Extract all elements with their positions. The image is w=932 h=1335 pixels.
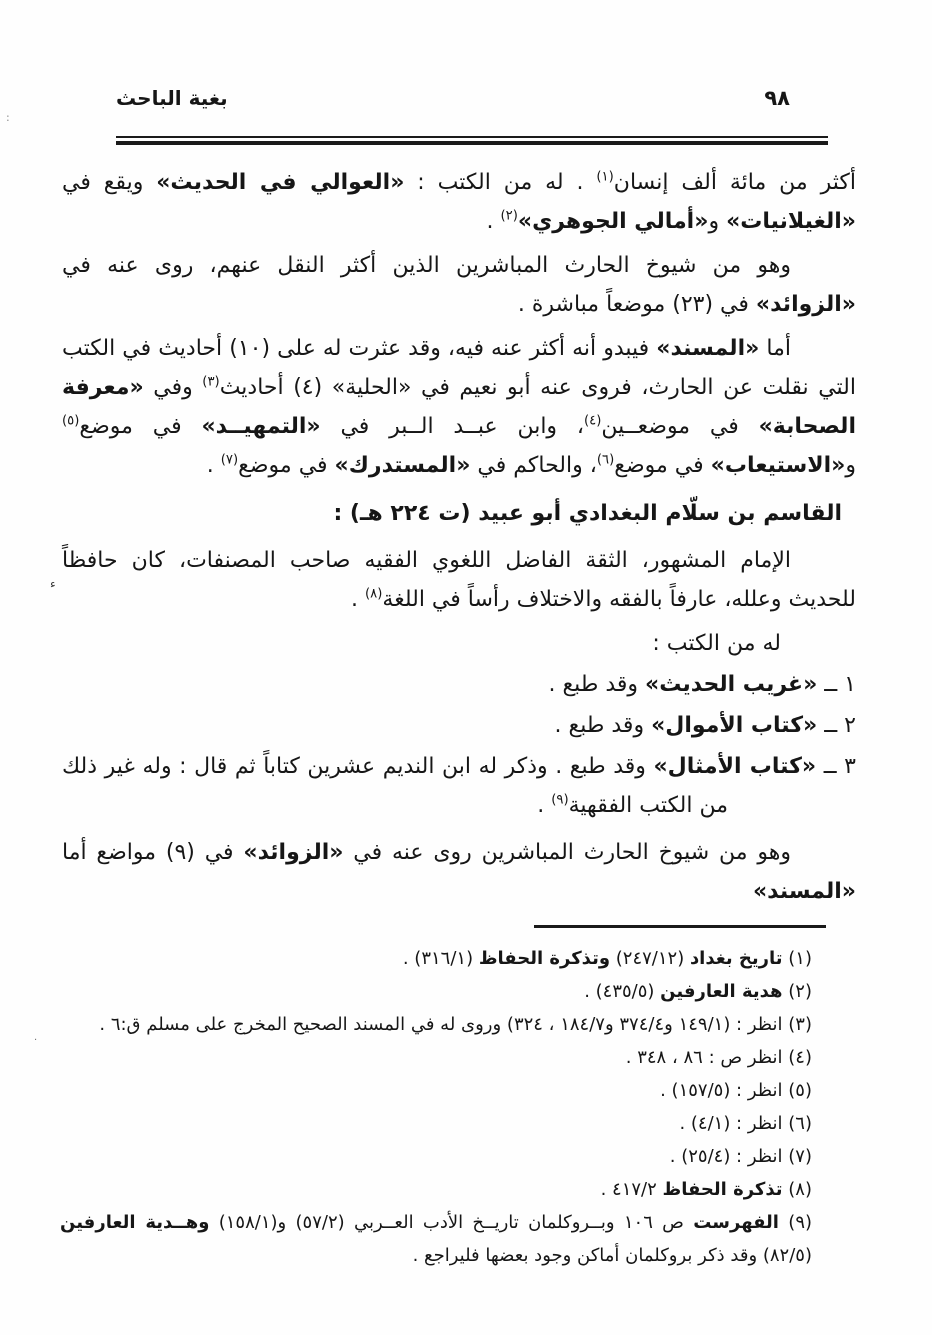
footnote-7: (٧) انظر : (٢٥/٤) . [60, 1140, 812, 1173]
paragraph-continuation: أكثر من مائة ألف إنسان(١) . له من الكتب … [62, 163, 856, 241]
footnote-3: (٣) انظر : (١٤٩/١ و٣٧٤/٤ و١٨٤/٧ ، ٣٢٤) و… [60, 1008, 812, 1041]
book-title: بغية الباحث [116, 86, 228, 110]
footnote-5: (٥) انظر : (١٥٧/٥) . [60, 1074, 812, 1107]
page-number: ٩٨ [764, 86, 790, 110]
header-rule [116, 136, 828, 145]
book-list-item-2: ٢ ــ «كتاب الأموال» وقد طبع . [62, 706, 856, 745]
body-text: أكثر من مائة ألف إنسان(١) . له من الكتب … [62, 163, 856, 911]
footnote-1: (١) تاريخ بغداد (٢٤٧/١٢) وتذكرة الحفاظ (… [60, 942, 812, 975]
footnote-8: (٨) تذكرة الحفاظ ٤١٧/٢ . [60, 1173, 812, 1206]
scanned-book-page: بغية الباحث ٩٨ أكثر من مائة ألف إنسان(١)… [0, 0, 932, 1335]
scan-artifact-mark: ء [50, 578, 56, 590]
footnotes-block: (١) تاريخ بغداد (٢٤٧/١٢) وتذكرة الحفاظ (… [60, 942, 812, 1272]
book-list-item-3: ٣ ــ «كتاب الأمثال» وقد طبع . وذكر له اب… [62, 747, 856, 825]
books-intro-line: له من الكتب : [62, 624, 856, 663]
footnote-6: (٦) انظر : (٤/١) . [60, 1107, 812, 1140]
section-heading-qasim-ibn-sallam: القاسم بن سلّام البغدادي أبو عبيد (ت ٢٢٤… [62, 494, 856, 533]
running-head: بغية الباحث ٩٨ [0, 86, 932, 120]
header-rule-thick [116, 141, 828, 145]
footnote-2: (٢) هدية العارفين (٤٣٥/٥) . [60, 975, 812, 1008]
paragraph-imam: الإمام المشهور، الثقة الفاضل اللغوي الفق… [62, 541, 856, 619]
book-list-item-1: ١ ــ «غريب الحديث» وقد طبع . [62, 665, 856, 704]
scan-artifact-edge: : [6, 112, 10, 123]
header-rule-thin [116, 136, 828, 138]
paragraph-shuyukh: وهو من شيوخ الحارث المباشرين الذين أكثر … [62, 246, 856, 324]
paragraph-final: وهو من شيوخ الحارث المباشرين روى عنه في … [62, 833, 856, 911]
footnote-9: (٩) الفهرست ص ١٠٦ وبــروكلمان تاريــخ ال… [60, 1206, 812, 1272]
paragraph-musnad: أما «المسند» فيبدو أنه أكثر عنه فيه، وقد… [62, 329, 856, 485]
footnote-4: (٤) انظر ص : ٨٦ ، ٣٤٨ . [60, 1041, 812, 1074]
footnote-separator-rule [534, 925, 826, 928]
scan-artifact-dot: · [34, 1036, 37, 1046]
